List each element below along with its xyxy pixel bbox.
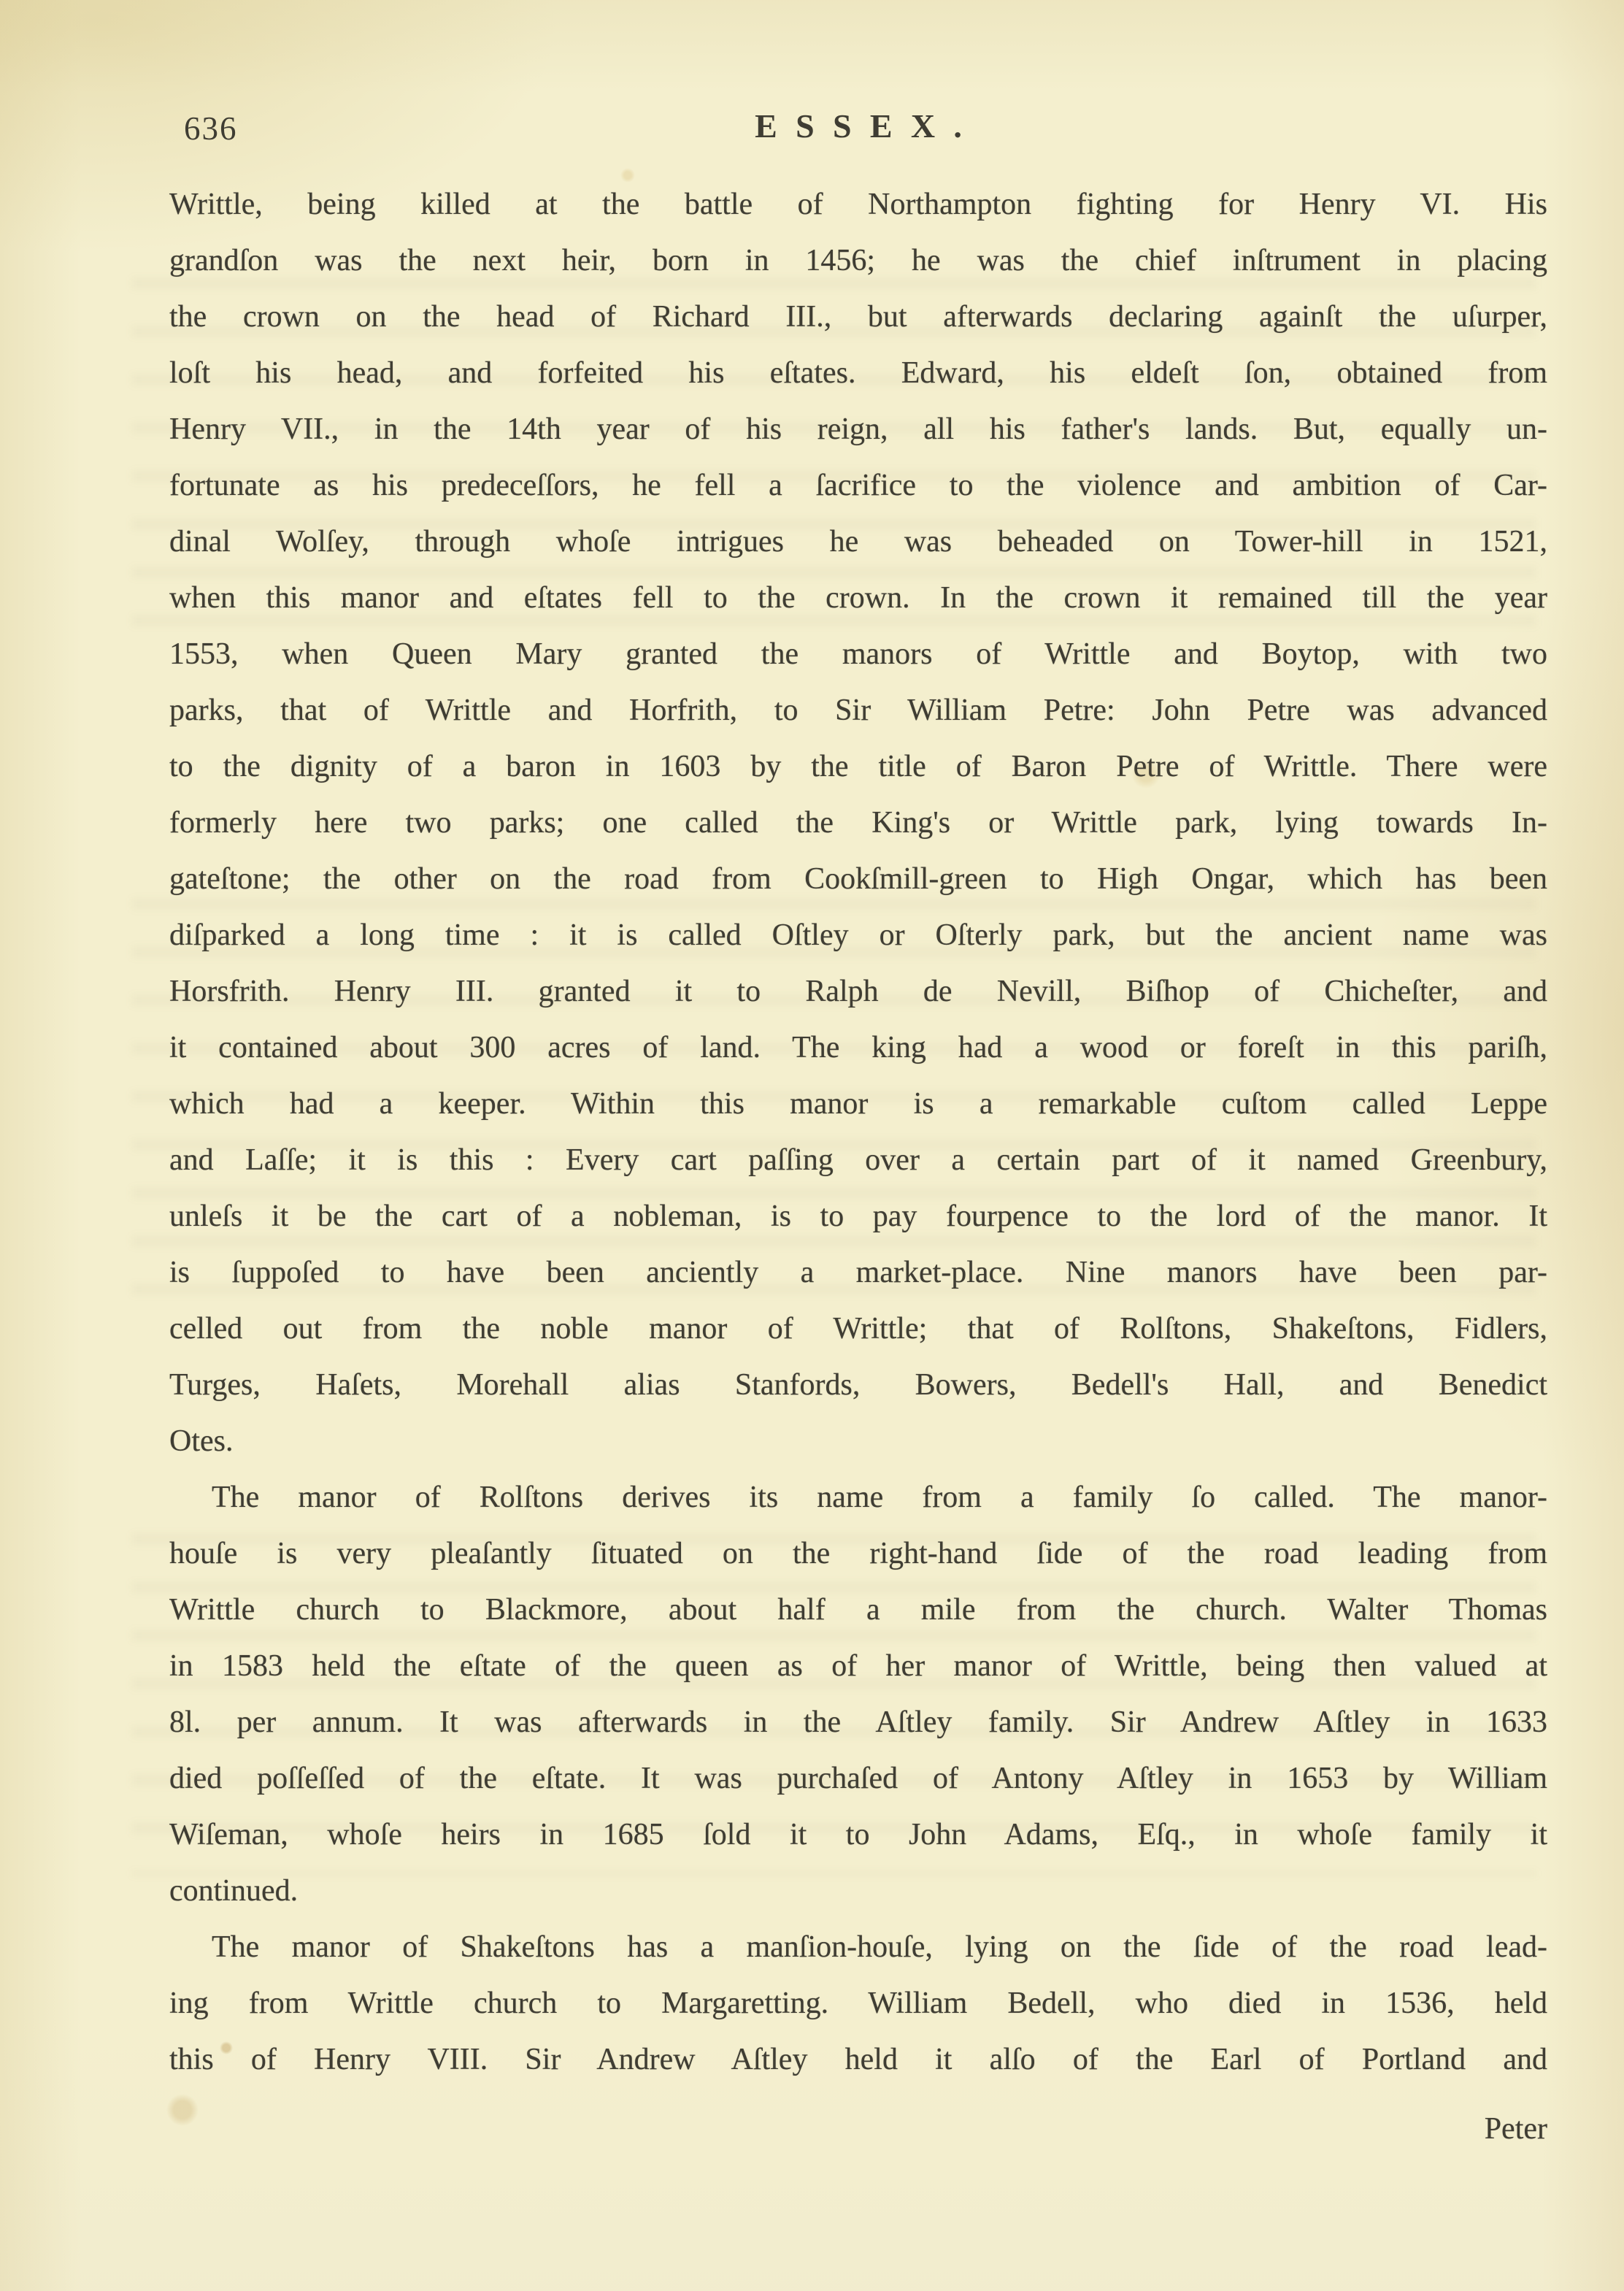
text-line: Otes. xyxy=(169,1413,1547,1470)
text-line: and Laſſe; it is this : Every cart paſſi… xyxy=(169,1132,1547,1189)
text-line: it contained about 300 acres of land. Th… xyxy=(169,1020,1547,1076)
page-header: 636 ESSEX. xyxy=(169,107,1547,177)
text-line: parks, that of Writtle and Horfrith, to … xyxy=(169,683,1547,739)
text-line: loſt his head, and forfeited his eſtates… xyxy=(169,345,1547,402)
catchword-row: Peter xyxy=(169,2101,1547,2157)
text-line: to the dignity of a baron in 1603 by the… xyxy=(169,739,1547,795)
text-line: ing from Writtle church to Margaretting.… xyxy=(169,1976,1547,2032)
text-line: died poſſeſſed of the eſtate. It was pur… xyxy=(169,1751,1547,1807)
text-line: 1553, when Queen Mary granted the manors… xyxy=(169,626,1547,683)
text-line: unleſs it be the cart of a nobleman, is … xyxy=(169,1189,1547,1245)
text-line: celled out from the noble manor of Writt… xyxy=(169,1301,1547,1357)
text-line: The manor of Shakeſtons has a manſion-ho… xyxy=(169,1919,1547,1976)
text-line: fortunate as his predeceſſors, he fell a… xyxy=(169,458,1547,514)
text-line: continued. xyxy=(169,1863,1547,1919)
text-line: in 1583 held the eſtate of the queen as … xyxy=(169,1638,1547,1695)
text-line: houſe is very pleaſantly ſituated on the… xyxy=(169,1526,1547,1582)
paragraph: Writtle, being killed at the battle of N… xyxy=(169,177,1547,1470)
text-line: this of Henry VIII. Sir Andrew Aſtley he… xyxy=(169,2032,1547,2088)
text-line: Henry VII., in the 14th year of his reig… xyxy=(169,402,1547,458)
text-line: The manor of Rolſtons derives its name f… xyxy=(169,1470,1547,1526)
text-line: dinal Wolſey, through whoſe intrigues he… xyxy=(169,514,1547,570)
book-page-scan: 636 ESSEX. Writtle, being killed at the … xyxy=(0,0,1624,2291)
text-line: Horsfrith. Henry III. granted it to Ralp… xyxy=(169,964,1547,1020)
text-line: when this manor and eſtates fell to the … xyxy=(169,570,1547,626)
catchword: Peter xyxy=(1485,2112,1547,2146)
text-line: grandſon was the next heir, born in 1456… xyxy=(169,233,1547,289)
text-line: the crown on the head of Richard III., b… xyxy=(169,289,1547,345)
text-line: 8l. per annum. It was afterwards in the … xyxy=(169,1695,1547,1751)
paragraph: The manor of Shakeſtons has a manſion-ho… xyxy=(169,1919,1547,2088)
text-line: Turges, Haſets, Morehall alias Stanfords… xyxy=(169,1357,1547,1413)
text-line: which had a keeper. Within this manor is… xyxy=(169,1076,1547,1132)
text-line: Wiſeman, whoſe heirs in 1685 ſold it to … xyxy=(169,1807,1547,1863)
text-line: formerly here two parks; one called the … xyxy=(169,795,1547,851)
text-line: gateſtone; the other on the road from Co… xyxy=(169,851,1547,907)
body-text: Writtle, being killed at the battle of N… xyxy=(169,177,1547,2088)
text-line: Writtle church to Blackmore, about half … xyxy=(169,1582,1547,1638)
page-content: 636 ESSEX. Writtle, being killed at the … xyxy=(169,107,1547,2157)
text-line: Writtle, being killed at the battle of N… xyxy=(169,177,1547,233)
running-title: ESSEX. xyxy=(169,107,1547,145)
text-line: diſparked a long time : it is called Oſt… xyxy=(169,907,1547,964)
text-line: is ſuppoſed to have been anciently a mar… xyxy=(169,1245,1547,1301)
paragraph: The manor of Rolſtons derives its name f… xyxy=(169,1470,1547,1919)
